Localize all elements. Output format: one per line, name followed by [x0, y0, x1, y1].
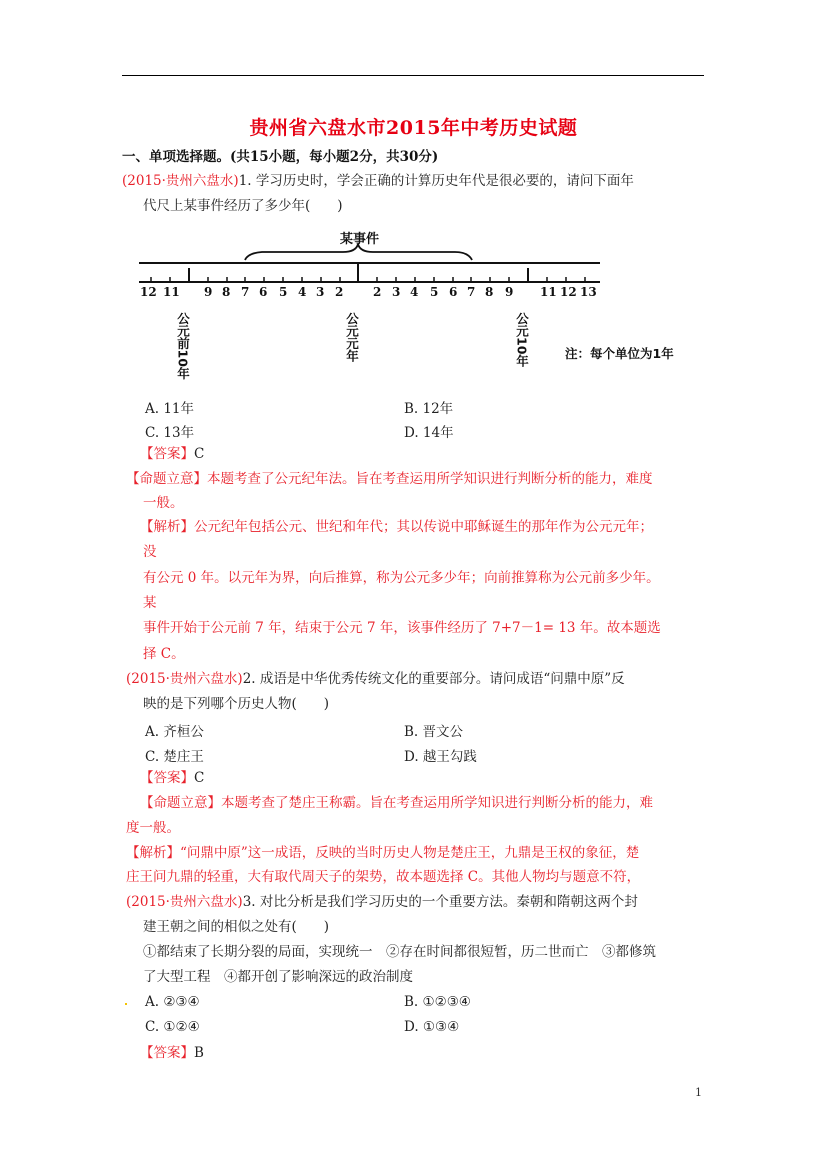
svg-text:11: 11: [540, 285, 557, 299]
svg-text:6: 6: [259, 285, 267, 299]
question-2-source: (2015·贵州六盘水): [126, 671, 243, 687]
marker-ad10-label: 公元10年: [515, 312, 530, 367]
question-1-option-b: B. 12年: [404, 397, 453, 417]
question-2-option-a: A. 齐桓公: [145, 720, 204, 740]
question-2-stem: (2015·贵州六盘水)2. 成语是中华优秀传统文化的重要部分。请问成语“问鼎中…: [126, 670, 625, 688]
svg-text:12: 12: [560, 285, 577, 299]
svg-text:2: 2: [335, 285, 343, 299]
svg-text:7: 7: [241, 285, 249, 299]
question-2-option-c: C. 楚庄王: [145, 745, 204, 765]
svg-text:5: 5: [430, 285, 438, 299]
question-1-analysis-line: 某: [143, 594, 157, 612]
timeline-event-label: 某事件: [340, 231, 379, 247]
question-3-option-b: B. ①②③④: [404, 994, 471, 1010]
question-2-stem-cont: 映的是下列哪个历史人物( ): [143, 695, 329, 713]
svg-text:4: 4: [298, 285, 306, 299]
question-3-statements-cont: 了大型工程 ④都开创了影响深远的政治制度: [143, 968, 413, 986]
svg-text:6: 6: [449, 285, 457, 299]
question-3-stem: (2015·贵州六盘水)3. 对比分析是我们学习历史的一个重要方法。秦朝和隋朝这…: [126, 893, 638, 911]
question-2-answer: 【答案】C: [140, 769, 204, 787]
svg-text:4: 4: [410, 285, 418, 299]
question-1-analysis-line: 【解析】公元纪年包括公元、世纪和年代；其以传说中耶稣诞生的那年作为公元元年；: [140, 518, 653, 536]
svg-text:7: 7: [467, 285, 475, 299]
svg-text:8: 8: [222, 285, 230, 299]
svg-text:9: 9: [204, 285, 212, 299]
margin-mark: [125, 1003, 127, 1005]
question-3-option-a: A. ②③④: [145, 994, 200, 1010]
svg-text:2: 2: [373, 285, 381, 299]
question-3-stem-cont: 建王朝之间的相似之处有( ): [143, 918, 329, 936]
question-1-analysis-line: 事件开始于公元前 7 年，结束于公元 7 年，该事件经历了 7+7－1= 13 …: [143, 619, 661, 637]
question-1-answer: 【答案】C: [140, 445, 204, 463]
question-3-option-c: C. ①②④: [145, 1019, 200, 1035]
question-1-analysis-line: 有公元 0 年。以元年为界，向后推算，称为公元多少年；向前推算称为公元前多少年。: [143, 569, 660, 587]
question-2-option-b: B. 晋文公: [404, 720, 463, 740]
question-1-source: (2015·贵州六盘水): [122, 173, 239, 189]
svg-text:11: 11: [163, 285, 180, 299]
question-3-source: (2015·贵州六盘水): [126, 894, 243, 910]
svg-text:5: 5: [279, 285, 287, 299]
svg-text:13: 13: [580, 285, 597, 299]
question-2-intent: 【命题立意】本题考查了楚庄王称霸。旨在考查运用所学知识进行判断分析的能力，难: [140, 794, 653, 812]
svg-text:3: 3: [316, 285, 324, 299]
marker-ad1-label: 公元元年: [345, 312, 360, 363]
timeline-diagram: 某事件 12 11 9 8 7 6 5 4 3 2 2 3 4 5 6 7 8 …: [0, 0, 827, 400]
question-1-option-c: C. 13年: [145, 421, 194, 441]
question-3-statements: ①都结束了长期分裂的局面，实现统一 ②存在时间都很短暂，历二世而亡 ③都修筑: [143, 943, 656, 961]
page-number: 1: [695, 1086, 702, 1099]
marker-bc10-label: 公元前10年: [176, 312, 191, 380]
question-1-intent: 【命题立意】本题考查了公元纪年法。旨在考查运用所学知识进行判断分析的能力，难度: [126, 470, 653, 488]
header-rule: [122, 75, 704, 76]
document-title: 贵州省六盘水市2015年中考历史试题: [0, 113, 827, 140]
question-1-analysis-line: 择 C。: [143, 645, 185, 663]
svg-text:3: 3: [392, 285, 400, 299]
svg-text:12: 12: [140, 285, 157, 299]
question-2-intent-cont: 度一般。: [126, 819, 180, 837]
question-2-analysis-line: 【解析】“问鼎中原”这一成语，反映的当时历史人物是楚庄王，九鼎是王权的象征，楚: [126, 844, 639, 862]
question-1-analysis-line: 没: [143, 543, 157, 561]
question-1-stem: (2015·贵州六盘水)1. 学习历史时，学会正确的计算历史年代是很必要的，请问…: [122, 172, 634, 190]
question-1-option-a: A. 11年: [145, 397, 194, 417]
timeline-note: 注：每个单位为1年: [565, 346, 674, 361]
question-2-option-d: D. 越王勾践: [404, 745, 477, 765]
section-heading: 一、单项选择题。(共15小题，每小题2分，共30分): [122, 148, 438, 166]
svg-text:8: 8: [485, 285, 493, 299]
question-2-analysis-line: 庄王问九鼎的轻重，大有取代周天子的架势，故本题选择 C。其他人物均与题意不符，: [126, 868, 640, 886]
question-3-answer: 【答案】B: [140, 1044, 204, 1062]
question-3-option-d: D. ①③④: [404, 1019, 459, 1035]
question-1-stem-cont: 代尺上某事件经历了多少年( ): [143, 197, 343, 215]
question-1-option-d: D. 14年: [404, 421, 454, 441]
question-1-intent-cont: 一般。: [143, 494, 184, 512]
svg-text:9: 9: [505, 285, 513, 299]
